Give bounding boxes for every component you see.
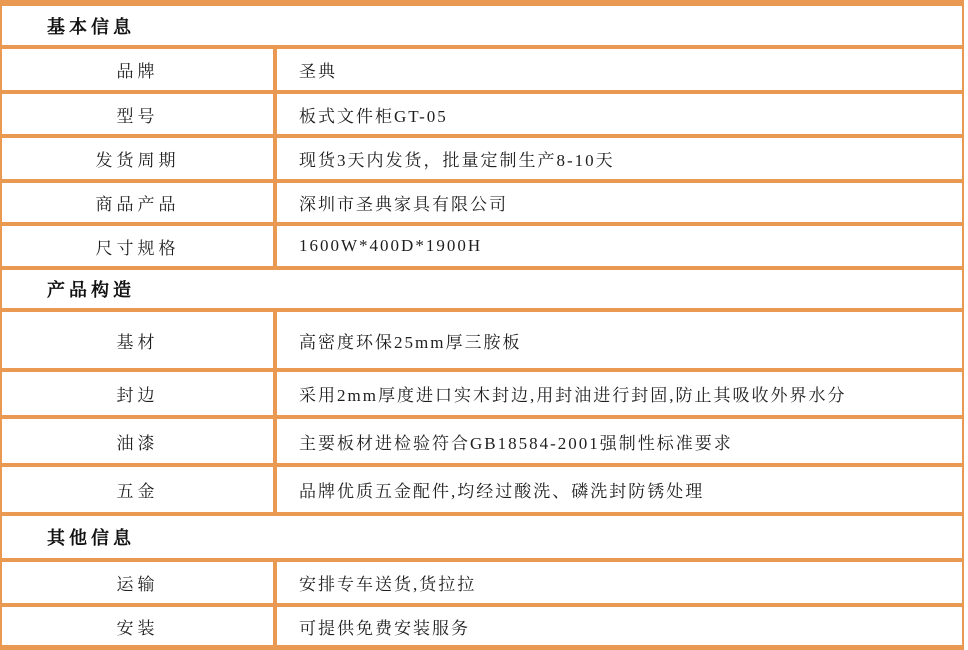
table-row: 安装 可提供免费安装服务 [2,607,962,645]
section-title: 其他信息 [47,524,135,550]
row-label: 封边 [2,372,277,415]
section-header-other-info: 其他信息 [2,516,962,562]
row-value: 品牌优质五金配件,均经过酸洗、磷洗封防锈处理 [277,467,962,512]
product-spec-table: 基本信息 品牌 圣典 型号 板式文件柜GT-05 发货周期 现货3天内发货，批量… [0,0,964,650]
product-spec-document: 基本信息 品牌 圣典 型号 板式文件柜GT-05 发货周期 现货3天内发货，批量… [0,0,968,650]
table-row: 尺寸规格 1600W*400D*1900H [2,226,962,270]
section-title: 产品构造 [47,276,135,302]
row-value: 板式文件柜GT-05 [277,94,962,134]
row-value: 深圳市圣典家具有限公司 [277,183,962,222]
table-row: 运输 安排专车送货,货拉拉 [2,562,962,607]
section-title: 基本信息 [47,13,135,39]
row-label: 基材 [2,312,277,368]
section-header-basic-info: 基本信息 [2,6,962,49]
row-value: 可提供免费安装服务 [277,607,962,645]
row-value: 高密度环保25mm厚三胺板 [277,312,962,368]
row-value: 采用2mm厚度进口实木封边,用封油进行封固,防止其吸收外界水分 [277,372,962,415]
table-row: 型号 板式文件柜GT-05 [2,94,962,138]
table-row: 商品产品 深圳市圣典家具有限公司 [2,183,962,226]
row-label: 油漆 [2,419,277,463]
table-row: 封边 采用2mm厚度进口实木封边,用封油进行封固,防止其吸收外界水分 [2,372,962,419]
row-label: 安装 [2,607,277,645]
row-value: 安排专车送货,货拉拉 [277,562,962,603]
table-row: 五金 品牌优质五金配件,均经过酸洗、磷洗封防锈处理 [2,467,962,516]
row-label: 商品产品 [2,183,277,222]
row-label: 运输 [2,562,277,603]
table-row: 基材 高密度环保25mm厚三胺板 [2,312,962,372]
table-row: 品牌 圣典 [2,49,962,94]
table-row: 油漆 主要板材进检验符合GB18584-2001强制性标准要求 [2,419,962,467]
row-value: 1600W*400D*1900H [277,226,962,266]
row-label: 五金 [2,467,277,512]
row-label: 尺寸规格 [2,226,277,266]
row-label: 发货周期 [2,138,277,179]
table-row: 发货周期 现货3天内发货，批量定制生产8-10天 [2,138,962,183]
row-label: 品牌 [2,49,277,90]
row-value: 主要板材进检验符合GB18584-2001强制性标准要求 [277,419,962,463]
row-value: 现货3天内发货，批量定制生产8-10天 [277,138,962,179]
row-value: 圣典 [277,49,962,90]
section-header-construction: 产品构造 [2,270,962,312]
row-label: 型号 [2,94,277,134]
